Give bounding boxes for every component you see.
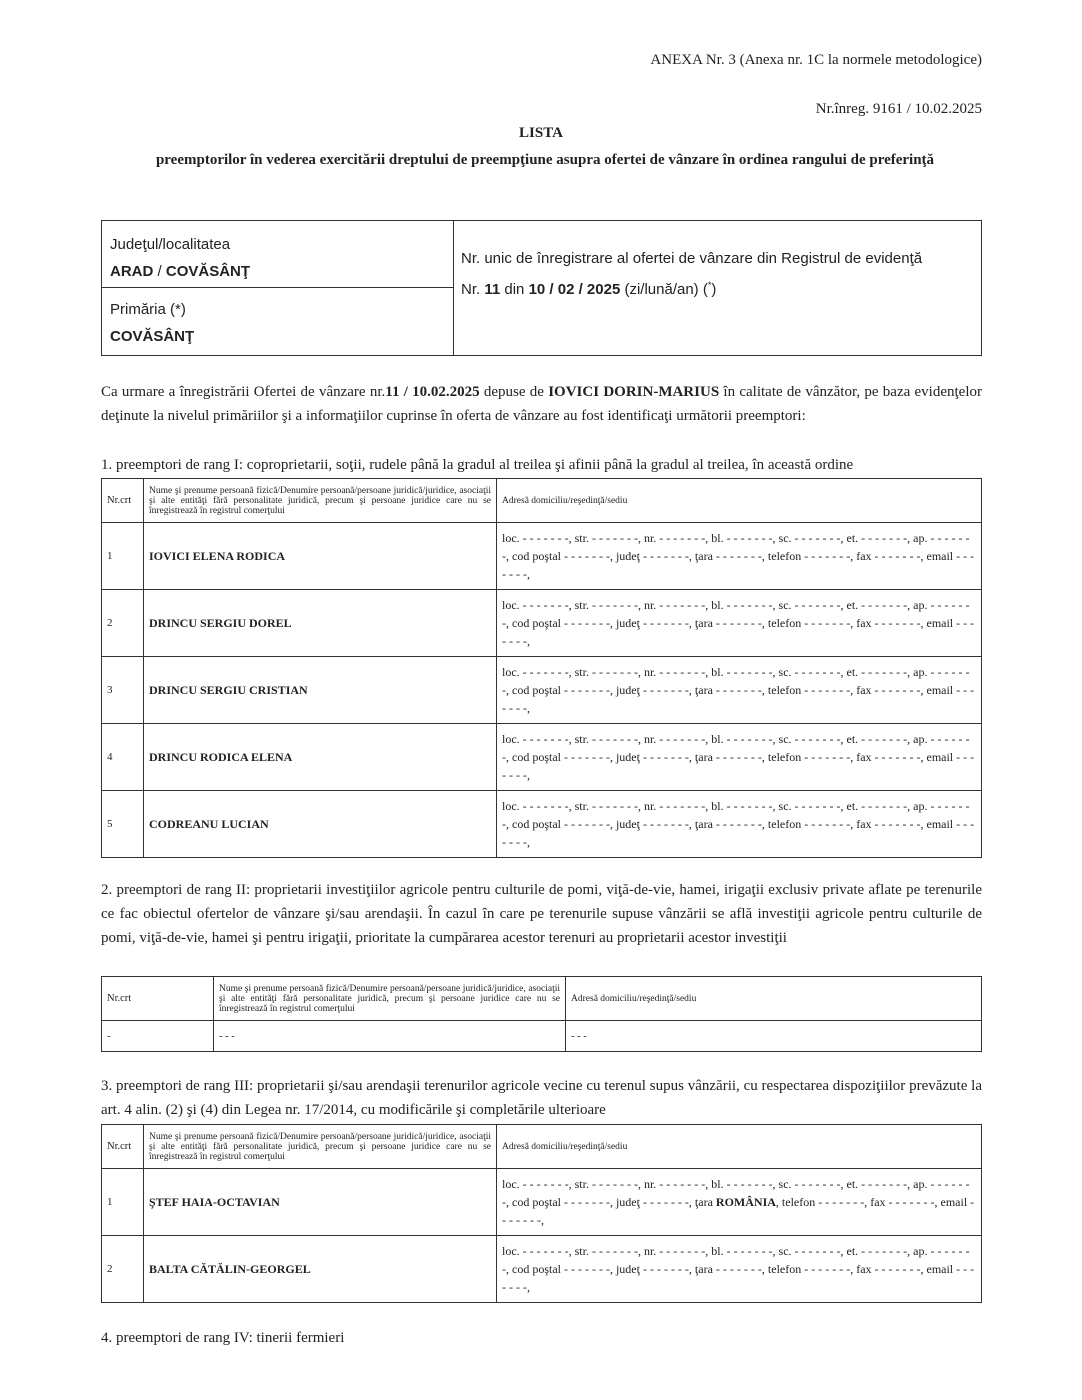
- townhall-cell: Primăria (*) COVĂSÂNŢ: [102, 288, 453, 355]
- offer-close: ): [711, 281, 716, 298]
- address-cell: loc. - - - - - - -, str. - - - - - - -, …: [497, 1236, 982, 1303]
- table-header-row: Nr.crt Nume şi prenume persoană fizică/D…: [102, 479, 982, 523]
- header-name: Nume şi prenume persoană fizică/Denumire…: [214, 977, 566, 1021]
- table-row: 1IOVICI ELENA RODICAloc. - - - - - - -, …: [102, 523, 982, 590]
- row-number: 3: [102, 657, 144, 724]
- preemptor-name: CODREANU LUCIAN: [144, 791, 497, 858]
- offer-header-table: Judeţul/localitatea ARAD / COVĂSÂNŢ Prim…: [101, 220, 982, 356]
- preemptor-name: BALTA CĂTĂLIN-GEORGEL: [144, 1236, 497, 1303]
- document-title: LISTA: [0, 125, 1082, 142]
- county-separator: /: [153, 263, 166, 280]
- intro-text-1: Ca urmare a înregistrării Ofertei de vân…: [101, 384, 385, 400]
- address-country: - - - - - - -: [716, 616, 762, 630]
- address-cell: loc. - - - - - - -, str. - - - - - - -, …: [497, 724, 982, 791]
- address-cell: loc. - - - - - - -, str. - - - - - - -, …: [497, 791, 982, 858]
- address-country: - - - - - - -: [716, 549, 762, 563]
- location-column: Judeţul/localitatea ARAD / COVĂSÂNŢ Prim…: [102, 221, 454, 355]
- address-cell: - - -: [566, 1021, 982, 1052]
- row-number: 4: [102, 724, 144, 791]
- intro-text-2: depuse de: [480, 384, 549, 400]
- header-address: Adresă domiciliu/reşedinţă/sediu: [566, 977, 982, 1021]
- header-nr: Nr.crt: [102, 479, 144, 523]
- rank4-heading: 4. preemptori de rang IV: tinerii fermie…: [101, 1326, 982, 1350]
- address-country: - - - - - - -: [716, 817, 762, 831]
- offer-nr-prefix: Nr.: [461, 281, 484, 298]
- address-cell: loc. - - - - - - -, str. - - - - - - -, …: [497, 1169, 982, 1236]
- address-cell: loc. - - - - - - -, str. - - - - - - -, …: [497, 657, 982, 724]
- table-row: 3DRINCU SERGIU CRISTIANloc. - - - - - - …: [102, 657, 982, 724]
- table-row: 5CODREANU LUCIANloc. - - - - - - -, str.…: [102, 791, 982, 858]
- table-row: 2DRINCU SERGIU DORELloc. - - - - - - -, …: [102, 590, 982, 657]
- offer-number: 11: [484, 281, 500, 298]
- rank1-table: Nr.crt Nume şi prenume persoană fizică/D…: [101, 478, 982, 858]
- header-nr: Nr.crt: [102, 1125, 144, 1169]
- row-number: 1: [102, 1169, 144, 1236]
- header-address: Adresă domiciliu/reşedinţă/sediu: [497, 479, 982, 523]
- county-value: ARAD / COVĂSÂNŢ: [110, 258, 445, 285]
- rank2-table: Nr.crt Nume şi prenume persoană fizică/D…: [101, 976, 982, 1052]
- row-number: 2: [102, 590, 144, 657]
- annex-reference: ANEXA Nr. 3 (Anexa nr. 1C la normele met…: [650, 52, 982, 69]
- table-row: 2BALTA CĂTĂLIN-GEORGELloc. - - - - - - -…: [102, 1236, 982, 1303]
- header-name: Nume şi prenume persoană fizică/Denumire…: [144, 1125, 497, 1169]
- address-country: - - - - - - -: [716, 750, 762, 764]
- preemptor-name: ŞTEF HAIA-OCTAVIAN: [144, 1169, 497, 1236]
- preemptor-name: - - -: [214, 1021, 566, 1052]
- preemptor-name: DRINCU SERGIU CRISTIAN: [144, 657, 497, 724]
- offer-registration-cell: Nr. unic de înregistrare al ofertei de v…: [454, 221, 981, 355]
- address-country: ROMÂNIA: [716, 1195, 776, 1209]
- offer-date: 10 / 02 / 2025: [529, 281, 621, 298]
- intro-paragraph: Ca urmare a înregistrării Ofertei de vân…: [101, 380, 982, 428]
- address-country: - - - - - - -: [716, 1262, 762, 1276]
- rank1-heading: 1. preemptori de rang I: coproprietarii,…: [101, 453, 982, 477]
- table-row: 1ŞTEF HAIA-OCTAVIANloc. - - - - - - -, s…: [102, 1169, 982, 1236]
- rank3-heading: 3. preemptori de rang III: proprietarii …: [101, 1074, 982, 1122]
- preemptor-name: DRINCU SERGIU DOREL: [144, 590, 497, 657]
- locality-name: COVĂSÂNŢ: [166, 263, 250, 280]
- county-name: ARAD: [110, 263, 153, 280]
- county-cell: Judeţul/localitatea ARAD / COVĂSÂNŢ: [102, 221, 453, 288]
- header-name: Nume şi prenume persoană fizică/Denumire…: [144, 479, 497, 523]
- address-cell: loc. - - - - - - -, str. - - - - - - -, …: [497, 523, 982, 590]
- rank3-table: Nr.crt Nume şi prenume persoană fizică/D…: [101, 1124, 982, 1303]
- row-number: 2: [102, 1236, 144, 1303]
- address-cell: loc. - - - - - - -, str. - - - - - - -, …: [497, 590, 982, 657]
- row-number: 5: [102, 791, 144, 858]
- registration-number: Nr.înreg. 9161 / 10.02.2025: [816, 101, 982, 118]
- table-row: -- - -- - -: [102, 1021, 982, 1052]
- address-country: - - - - - - -: [716, 683, 762, 697]
- preemptor-name: IOVICI ELENA RODICA: [144, 523, 497, 590]
- seller-name: IOVICI DORIN-MARIUS: [548, 384, 719, 400]
- row-number: 1: [102, 523, 144, 590]
- header-address: Adresă domiciliu/reşedinţă/sediu: [497, 1125, 982, 1169]
- county-label: Judeţul/localitatea: [110, 231, 445, 258]
- table-row: 4DRINCU RODICA ELENAloc. - - - - - - -, …: [102, 724, 982, 791]
- offer-registration-label: Nr. unic de înregistrare al ofertei de v…: [461, 246, 973, 272]
- rank2-heading: 2. preemptori de rang II: proprietarii i…: [101, 878, 982, 950]
- townhall-value: COVĂSÂNŢ: [110, 323, 445, 350]
- document-subtitle: preemptorilor în vederea exercitării dre…: [120, 148, 970, 172]
- townhall-label: Primăria (*): [110, 296, 445, 323]
- row-number: -: [102, 1021, 214, 1052]
- offer-registration-value: Nr. 11 din 10 / 02 / 2025 (zi/lună/an) (…: [461, 272, 973, 303]
- header-nr: Nr.crt: [102, 977, 214, 1021]
- offer-reference: 11 / 10.02.2025: [385, 384, 479, 400]
- offer-din: din: [500, 281, 528, 298]
- table-header-row: Nr.crt Nume şi prenume persoană fizică/D…: [102, 1125, 982, 1169]
- offer-date-format: (zi/lună/an) (: [620, 281, 708, 298]
- preemptor-name: DRINCU RODICA ELENA: [144, 724, 497, 791]
- table-header-row: Nr.crt Nume şi prenume persoană fizică/D…: [102, 977, 982, 1021]
